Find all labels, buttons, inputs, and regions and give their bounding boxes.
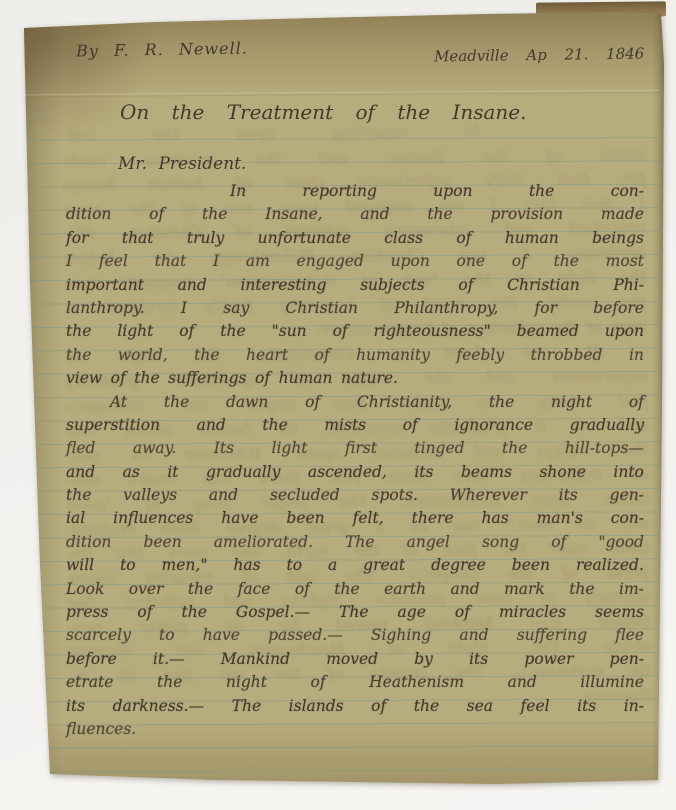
manuscript-word: feel: [99, 252, 128, 270]
manuscript-word: its: [559, 486, 578, 504]
manuscript-word: of: [179, 322, 194, 340]
manuscript-word: spots.: [372, 486, 418, 504]
manuscript-word: the: [134, 369, 159, 387]
manuscript-word: age: [398, 603, 426, 621]
manuscript-word: say: [223, 299, 249, 317]
manuscript-word: Christian: [285, 299, 358, 317]
manuscript-word: beams: [461, 463, 512, 481]
manuscript-word: suffering: [517, 626, 587, 644]
manuscript-word: for: [66, 229, 88, 247]
manuscript-word: into: [613, 463, 644, 481]
manuscript-word: been: [143, 533, 181, 551]
manuscript-word: have: [203, 626, 240, 644]
manuscript-word: it.—: [153, 650, 185, 668]
manuscript-word: con-: [611, 182, 644, 200]
manuscript-word: its: [414, 463, 433, 481]
manuscript-word: world,: [118, 346, 168, 364]
manuscript-word: has: [482, 509, 509, 527]
manuscript-word: Christianity,: [357, 393, 452, 411]
manuscript-word: lanthropy.: [66, 299, 145, 317]
manuscript-word: hill-tops—: [565, 439, 644, 457]
scanned-manuscript-view: Inreportinguponthecon-ditionoftheInsane,…: [0, 0, 676, 810]
manuscript-word: its: [577, 697, 596, 715]
manuscript-word: and: [209, 486, 238, 504]
manuscript-word: and: [451, 580, 480, 598]
manuscript-word: that: [155, 252, 187, 270]
dateline: Meadville Ap 21. 1846: [434, 45, 645, 66]
manuscript-word: mark: [504, 580, 545, 598]
manuscript-word: the: [157, 673, 182, 691]
manuscript-word: the: [569, 580, 594, 598]
manuscript-word: The: [232, 697, 262, 715]
manuscript-line: viewofthesufferingsofhumannature.: [66, 369, 644, 392]
manuscript-word: of: [371, 697, 386, 715]
manuscript-word: unfortunate: [258, 229, 351, 247]
manuscript-word: gradually: [206, 463, 280, 481]
manuscript-word: view: [66, 369, 102, 387]
manuscript-word: and: [66, 463, 95, 481]
manuscript-word: of: [315, 346, 330, 364]
manuscript-word: Its: [214, 439, 234, 457]
manuscript-word: night: [226, 673, 267, 691]
manuscript-word: scarcely: [66, 626, 131, 644]
manuscript-word: press: [66, 603, 108, 621]
manuscript-line: fledaway.Itslightfirsttingedthehill-tops…: [66, 439, 644, 462]
manuscript-word: the: [427, 205, 452, 223]
salutation: Mr. President.: [118, 154, 246, 174]
manuscript-word: of: [512, 252, 527, 270]
manuscript-word: etrate: [66, 673, 113, 691]
manuscript-word: nature.: [341, 369, 398, 387]
manuscript-word: moved: [326, 650, 378, 668]
manuscript-word: one: [457, 252, 486, 270]
manuscript-word: superstition: [66, 416, 160, 434]
byline: By F. R. Newell.: [76, 39, 248, 61]
manuscript-word: by: [414, 650, 433, 668]
manuscript-line: ditionbeenameliorated.Theangelsongof"goo…: [66, 533, 644, 556]
manuscript-word: in: [629, 346, 644, 364]
manuscript-word: "sun: [272, 322, 307, 340]
manuscript-word: before: [66, 650, 117, 668]
manuscript-word: been: [512, 556, 550, 574]
manuscript-word: of: [456, 229, 471, 247]
manuscript-word: mists: [324, 416, 366, 434]
manuscript-word: feel: [521, 697, 550, 715]
manuscript-word: sea: [467, 697, 493, 715]
manuscript-word: important: [66, 276, 144, 294]
manuscript-word: ignorance: [454, 416, 533, 434]
manuscript-word: passed.—: [268, 626, 343, 644]
manuscript-word: and: [197, 416, 226, 434]
manuscript-word: I: [181, 299, 187, 317]
manuscript-word: shone: [539, 463, 585, 481]
manuscript-word: valleys: [123, 486, 177, 504]
manuscript-word: the: [489, 393, 514, 411]
manuscript-word: fled: [66, 439, 95, 457]
manuscript-word: been: [286, 509, 324, 527]
manuscript-word: the: [554, 252, 579, 270]
manuscript-word: has: [233, 556, 260, 574]
manuscript-word: Philanthropy,: [394, 299, 498, 317]
manuscript-line: IfeelthatIamengagedupononeofthemost: [66, 252, 644, 275]
manuscript-line: willtomen,"hastoagreatdegreebeenrealized…: [66, 556, 644, 579]
manuscript-line: superstitionandthemistsofignorancegradua…: [66, 416, 644, 439]
manuscript-word: the: [66, 486, 91, 504]
manuscript-word: to: [159, 626, 175, 644]
manuscript-word: upon: [605, 322, 644, 340]
manuscript-page: Inreportinguponthecon-ditionoftheInsane,…: [16, 4, 666, 790]
manuscript-word: subjects: [360, 276, 425, 294]
manuscript-word: light: [271, 439, 307, 457]
manuscript-word: Wherever: [450, 486, 527, 504]
manuscript-word: Insane,: [265, 205, 322, 223]
manuscript-word: of: [305, 393, 320, 411]
manuscript-word: gradually: [570, 416, 644, 434]
manuscript-word: seems: [595, 603, 644, 621]
manuscript-word: dition: [66, 533, 111, 551]
manuscript-body: Inreportinguponthecon-ditionoftheInsane,…: [66, 182, 644, 743]
manuscript-word: In: [230, 182, 246, 200]
manuscript-line: lanthropy.IsayChristianPhilanthropy,forb…: [66, 299, 644, 322]
manuscript-word: degree: [431, 556, 486, 574]
manuscript-word: engaged: [297, 252, 364, 270]
manuscript-word: away.: [133, 439, 176, 457]
manuscript-word: islands: [289, 697, 344, 715]
manuscript-line: ialinfluenceshavebeenfelt,therehasman'sc…: [66, 509, 644, 532]
manuscript-content: By F. R. Newell. Meadville Ap 21. 1846 O…: [66, 4, 648, 790]
manuscript-word: felt,: [353, 509, 384, 527]
manuscript-word: first: [345, 439, 377, 457]
manuscript-word: am: [246, 252, 270, 270]
manuscript-word: Look: [66, 580, 104, 598]
manuscript-word: of: [137, 603, 152, 621]
manuscript-word: gen-: [610, 486, 644, 504]
manuscript-word: of: [255, 369, 270, 387]
manuscript-word: The: [345, 533, 375, 551]
manuscript-word: its: [469, 650, 488, 668]
manuscript-word: and: [360, 205, 389, 223]
manuscript-word: men,": [162, 556, 208, 574]
manuscript-word: of: [629, 393, 644, 411]
manuscript-word: there: [412, 509, 454, 527]
paper-shadow-wrap: Inreportinguponthecon-ditionoftheInsane,…: [0, 0, 676, 810]
manuscript-word: tinged: [414, 439, 464, 457]
manuscript-word: of: [311, 673, 326, 691]
manuscript-word: Mankind: [221, 650, 290, 668]
manuscript-word: the: [188, 580, 213, 598]
manuscript-word: illumine: [580, 673, 644, 691]
manuscript-word: as: [123, 463, 140, 481]
manuscript-word: the: [529, 182, 554, 200]
manuscript-word: beings: [592, 229, 644, 247]
manuscript-word: man's: [537, 509, 583, 527]
manuscript-word: feebly: [456, 346, 504, 364]
manuscript-word: of: [403, 416, 418, 434]
manuscript-word: the: [502, 439, 527, 457]
manuscript-word: its: [66, 697, 85, 715]
manuscript-word: flee: [615, 626, 644, 644]
manuscript-line: andasitgraduallyascended,itsbeamsshonein…: [66, 463, 644, 486]
manuscript-word: "good: [598, 533, 644, 551]
manuscript-word: Heathenism: [369, 673, 464, 691]
manuscript-word: the: [414, 697, 439, 715]
manuscript-word: fluences.: [66, 720, 136, 738]
manuscript-word: the: [262, 416, 287, 434]
manuscript-word: song: [482, 533, 519, 551]
manuscript-word: the: [194, 346, 219, 364]
manuscript-line: scarcelytohavepassed.—Sighingandsufferin…: [66, 626, 644, 649]
manuscript-word: a: [328, 556, 337, 574]
manuscript-word: of: [111, 369, 126, 387]
manuscript-line: thevalleysandsecludedspots.Whereveritsge…: [66, 486, 644, 509]
manuscript-word: great: [363, 556, 405, 574]
manuscript-word: and: [459, 626, 488, 644]
manuscript-word: the: [66, 346, 91, 364]
manuscript-word: ameliorated.: [214, 533, 313, 551]
manuscript-word: At: [110, 393, 127, 411]
manuscript-word: influences: [113, 509, 193, 527]
manuscript-word: miracles: [499, 603, 566, 621]
manuscript-line: beforeit.—Mankindmovedbyitspowerpen-: [66, 650, 644, 673]
manuscript-word: realized.: [576, 556, 644, 574]
manuscript-word: heart: [246, 346, 288, 364]
manuscript-word: of: [551, 533, 566, 551]
manuscript-word: the: [66, 322, 91, 340]
manuscript-word: interesting: [240, 276, 326, 294]
manuscript-line: importantandinterestingsubjectsofChristi…: [66, 276, 644, 299]
manuscript-word: that: [122, 229, 154, 247]
manuscript-word: angel: [407, 533, 450, 551]
manuscript-word: Sighing: [371, 626, 431, 644]
manuscript-line: Lookoverthefaceoftheearthandmarktheim-: [66, 580, 644, 603]
manuscript-word: it: [167, 463, 178, 481]
manuscript-line: thelightofthe"sunofrighteousness"beamedu…: [66, 322, 644, 345]
manuscript-word: of: [333, 322, 348, 340]
manuscript-word: upon: [433, 182, 472, 200]
manuscript-word: pen-: [610, 650, 644, 668]
manuscript-word: dawn: [226, 393, 268, 411]
manuscript-word: and: [508, 673, 537, 691]
manuscript-word: The: [339, 603, 369, 621]
manuscript-word: I: [213, 252, 219, 270]
manuscript-line: pressoftheGospel.—Theageofmiraclesseems: [66, 603, 644, 626]
manuscript-word: Christian: [507, 276, 580, 294]
manuscript-word: con-: [611, 509, 644, 527]
manuscript-word: night: [551, 393, 592, 411]
manuscript-word: the: [202, 205, 227, 223]
manuscript-word: light: [117, 322, 153, 340]
manuscript-word: upon: [391, 252, 430, 270]
manuscript-word: darkness.—: [113, 697, 204, 715]
manuscript-word: truly: [187, 229, 224, 247]
manuscript-word: in-: [624, 697, 644, 715]
manuscript-word: earth: [384, 580, 426, 598]
manuscript-word: the: [334, 580, 359, 598]
manuscript-word: ascended,: [308, 463, 387, 481]
manuscript-word: dition: [66, 205, 111, 223]
manuscript-line: etratethenightofHeathenismandillumine: [66, 673, 644, 696]
document-title: On the Treatment of the Insane.: [120, 100, 526, 124]
manuscript-word: throbbed: [531, 346, 603, 364]
manuscript-word: over: [129, 580, 164, 598]
manuscript-word: of: [295, 580, 310, 598]
manuscript-word: class: [384, 229, 423, 247]
manuscript-word: will: [66, 556, 94, 574]
manuscript-line: Inreportinguponthecon-: [66, 182, 644, 205]
manuscript-word: ial: [66, 509, 85, 527]
manuscript-word: have: [221, 509, 258, 527]
manuscript-word: im-: [619, 580, 644, 598]
manuscript-word: to: [287, 556, 303, 574]
manuscript-word: power: [524, 650, 573, 668]
manuscript-word: beamed: [517, 322, 579, 340]
manuscript-word: the: [220, 322, 245, 340]
manuscript-line: fluences.: [66, 720, 644, 743]
manuscript-word: human: [279, 369, 333, 387]
manuscript-line: ditionoftheInsane,andtheprovisionmade: [66, 205, 644, 228]
manuscript-word: Phi-: [613, 276, 644, 294]
manuscript-word: provision: [490, 205, 563, 223]
manuscript-word: of: [149, 205, 164, 223]
manuscript-word: humanity: [356, 346, 430, 364]
manuscript-word: of: [455, 603, 470, 621]
manuscript-line: AtthedawnofChristianity,thenightof: [66, 393, 644, 416]
manuscript-word: sufferings: [168, 369, 246, 387]
manuscript-word: before: [593, 299, 644, 317]
manuscript-line: itsdarkness.—Theislandsoftheseafeelitsin…: [66, 697, 644, 720]
manuscript-word: righteousness": [374, 322, 491, 340]
manuscript-word: and: [178, 276, 207, 294]
manuscript-word: secluded: [270, 486, 340, 504]
manuscript-word: of: [458, 276, 473, 294]
manuscript-word: I: [66, 252, 72, 270]
manuscript-word: most: [606, 252, 644, 270]
manuscript-word: human: [505, 229, 559, 247]
manuscript-word: the: [182, 603, 207, 621]
manuscript-word: for: [535, 299, 557, 317]
manuscript-word: face: [238, 580, 271, 598]
manuscript-line: forthattrulyunfortunateclassofhumanbeing…: [66, 229, 644, 252]
manuscript-word: reporting: [303, 182, 377, 200]
manuscript-word: made: [601, 205, 644, 223]
manuscript-word: Gospel.—: [236, 603, 310, 621]
manuscript-line: theworld,theheartofhumanityfeeblythrobbe…: [66, 346, 644, 369]
manuscript-word: the: [164, 393, 189, 411]
manuscript-word: to: [120, 556, 136, 574]
